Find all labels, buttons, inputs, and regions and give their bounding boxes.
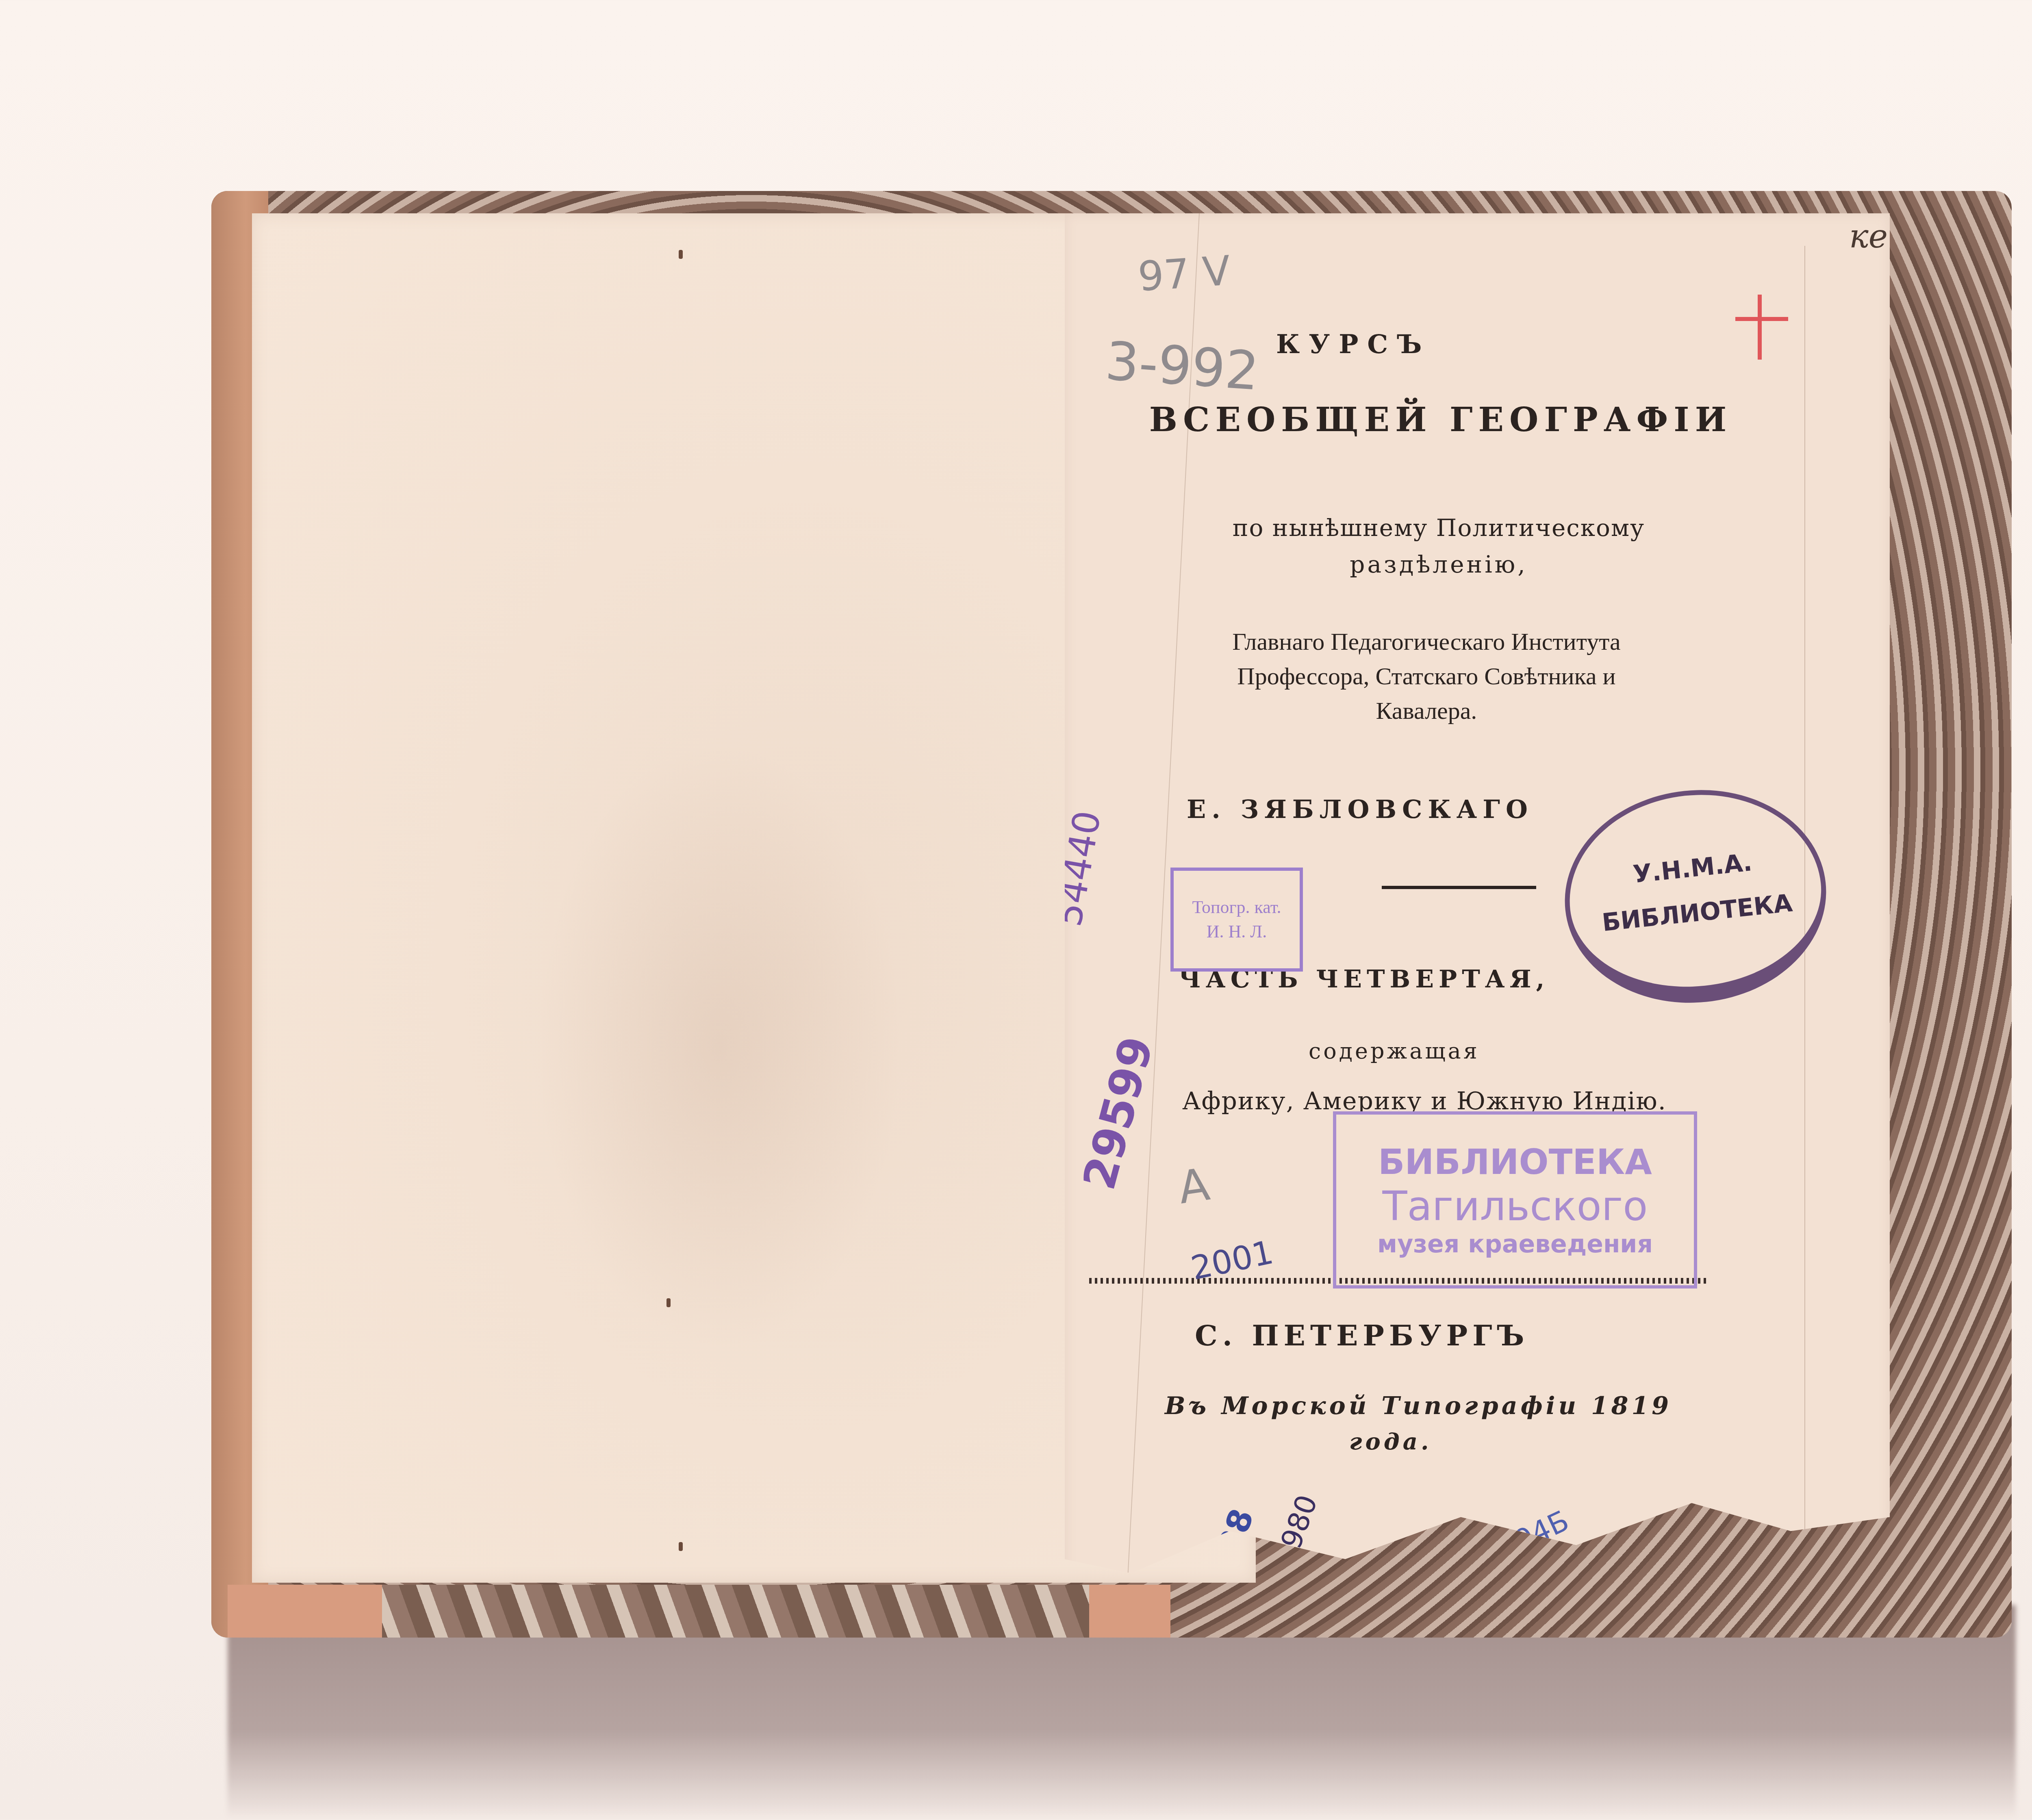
stamp-line: И. Н. Л. [1174, 920, 1300, 944]
tagil-museum-library-stamp: БИБЛИОТЕКА Тагильского музея краеведения [1333, 1111, 1697, 1289]
topographic-catalog-stamp: Топогр. кат. И. Н. Л. [1170, 868, 1303, 972]
affiliation-line-1: Главнаго Педагогическаго Института [1089, 628, 1764, 656]
ink-speck [679, 250, 683, 259]
stamp-line: Топогр. кат. [1174, 895, 1300, 920]
ink-speck [679, 1542, 683, 1551]
author-name: Е. ЗЯБЛОВСКАГО [1187, 794, 1533, 824]
stamp-line: БИБЛИОТЕКА [1600, 881, 1795, 946]
contains-label: содержащая [1309, 1038, 1480, 1064]
pencil-shelfmark: 97 V [1136, 247, 1232, 301]
subtitle-line-2: раздѣленію, [1114, 551, 1764, 578]
title-heading: КУРСЪ [1276, 329, 1431, 360]
ink-speck [666, 1298, 671, 1307]
publication-city: С. ПЕТЕРБУРГЪ [1195, 1319, 1529, 1352]
affiliation-line-3: Кавалера. [1089, 697, 1764, 725]
red-cross-mark [1735, 295, 1788, 360]
separator-dash [1382, 886, 1536, 889]
leather-corner-bottom [228, 1585, 382, 1638]
leather-corner-bottom-right [1089, 1585, 1170, 1638]
printer-line-1: Въ Морской Типографіи 1819 [1089, 1392, 1748, 1420]
subtitle-line-1: по нынѣшнему Политическому [1114, 514, 1764, 542]
corner-script: ке [1849, 217, 1888, 255]
cover-bottom-edge [228, 1585, 1170, 1638]
title-page: 97 V 3-992 ке КУРСЪ ВСЕОБЩЕЙ ГЕОГРАФІИ п… [1065, 213, 1890, 1615]
pencil-call-number: 3-992 [1103, 330, 1261, 402]
affiliation-line-2: Профессора, Статскаго Совѣтника и [1089, 662, 1764, 690]
stamp-line: Тагильского [1336, 1182, 1694, 1230]
open-book: 97 V 3-992 ке КУРСЪ ВСЕОБЩЕЙ ГЕОГРАФІИ п… [211, 191, 2012, 1646]
stamp-line: музея краеведения [1336, 1230, 1694, 1258]
oval-library-stamp: У.Н.М.А. БИБЛИОТЕКА [1554, 777, 1837, 1015]
printer-line-2: года. [1349, 1428, 1432, 1455]
stamp-line: БИБЛИОТЕКА [1336, 1142, 1694, 1182]
book-title: ВСЕОБЩЕЙ ГЕОГРАФІИ [1105, 400, 1776, 439]
foxing-stain [536, 742, 902, 1351]
pencil-letter: A [1175, 1158, 1212, 1214]
